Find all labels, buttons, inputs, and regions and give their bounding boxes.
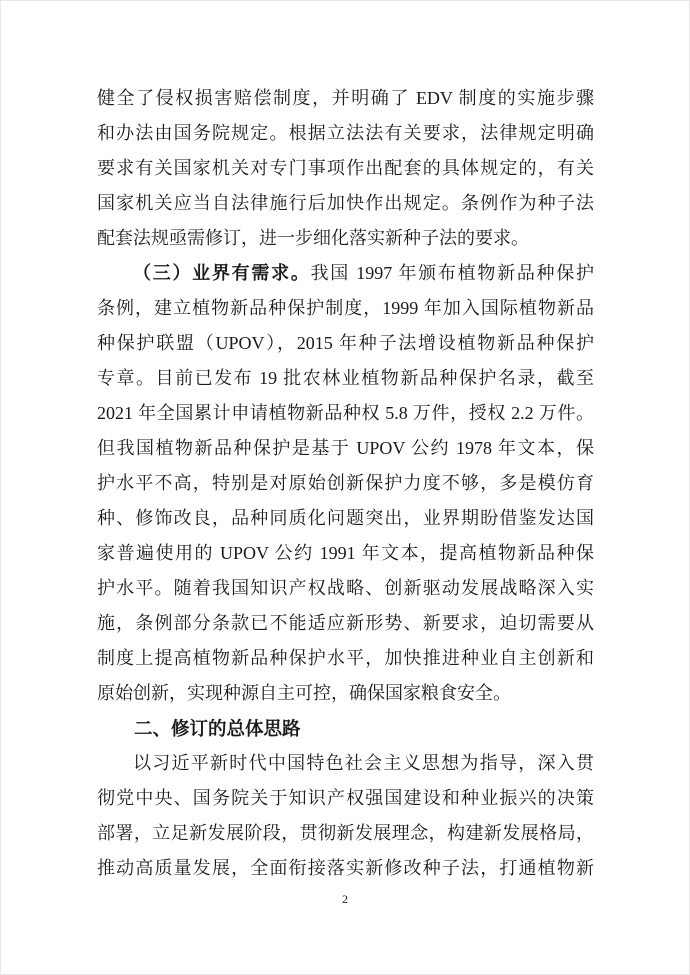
paragraph: 健全了侵权损害赔偿制度，并明确了 EDV 制度的实施步骤和办法由国务院规定。根据… xyxy=(97,81,594,256)
text-line: 要求有关国家机关对专门事项作出配套的具体规定的，有关 xyxy=(97,151,594,186)
section-heading: 二、修订的总体思路 xyxy=(97,711,594,746)
body-text: 国家机关应当自法律施行后加快作出规定。条例作为种子法 xyxy=(97,193,594,213)
text-line: 种、修饰改良，品种同质化问题突出，业界期盼借鉴发达国 xyxy=(97,501,594,536)
paragraph: 以习近平新时代中国特色社会主义思想为指导，深入贯彻党中央、国务院关于知识产权强国… xyxy=(97,746,594,886)
text-line: 部署，立足新发展阶段，贯彻新发展理念，构建新发展格局， xyxy=(97,816,594,851)
body-text: 制度上提高植物新品种保护水平，加快推进种业自主创新和 xyxy=(97,648,594,668)
text-line: 推动高质量发展，全面衔接落实新修改种子法，打通植物新 xyxy=(97,851,594,886)
body-text: 种保护联盟（UPOV），2015 年种子法增设植物新品种保护 xyxy=(97,333,594,353)
body-text: 配套法规亟需修订，进一步细化落实新种子法的要求。 xyxy=(97,228,529,248)
body-text: 要求有关国家机关对专门事项作出配套的具体规定的，有关 xyxy=(97,158,594,178)
document-page: 健全了侵权损害赔偿制度，并明确了 EDV 制度的实施步骤和办法由国务院规定。根据… xyxy=(0,0,690,975)
text-line: 护水平不高，特别是对原始创新保护力度不够，多是模仿育 xyxy=(97,466,594,501)
paragraph: （三）业界有需求。我国 1997 年颁布植物新品种保护条例，建立植物新品种保护制… xyxy=(97,256,594,711)
text-line: 制度上提高植物新品种保护水平，加快推进种业自主创新和 xyxy=(97,641,594,676)
body-text: 专章。目前已发布 19 批农林业植物新品种保护名录，截至 xyxy=(97,368,594,388)
page-number: 2 xyxy=(1,889,689,909)
emphasis-text: 二、修订的总体思路 xyxy=(134,718,301,739)
body-text: 护水平。随着我国知识产权战略、创新驱动发展战略深入实 xyxy=(97,578,594,598)
emphasis-text: （三）业界有需求。 xyxy=(133,263,311,283)
body-text: 我国 1997 年颁布植物新品种保护 xyxy=(311,263,594,283)
body-text: 种、修饰改良，品种同质化问题突出，业界期盼借鉴发达国 xyxy=(97,508,594,528)
text-line: 家普遍使用的 UPOV 公约 1991 年文本，提高植物新品种保 xyxy=(97,536,594,571)
body-text: 原始创新，实现种源自主可控，确保国家粮食安全。 xyxy=(97,683,511,703)
body-text: 以习近平新时代中国特色社会主义思想为指导，深入贯 xyxy=(133,753,594,773)
text-line: 施，条例部分条款已不能适应新形势、新要求，迫切需要从 xyxy=(97,606,594,641)
text-line: 健全了侵权损害赔偿制度，并明确了 EDV 制度的实施步骤 xyxy=(97,81,594,116)
text-line: 配套法规亟需修订，进一步细化落实新种子法的要求。 xyxy=(97,221,594,256)
body-text: 部署，立足新发展阶段，贯彻新发展理念，构建新发展格局， xyxy=(97,823,594,843)
body-text: 2021 年全国累计申请植物新品种权 5.8 万件，授权 2.2 万件。 xyxy=(97,403,594,423)
body-text: 推动高质量发展，全面衔接落实新修改种子法，打通植物新 xyxy=(97,858,594,878)
body-text: 护水平不高，特别是对原始创新保护力度不够，多是模仿育 xyxy=(97,473,594,493)
text-line: （三）业界有需求。我国 1997 年颁布植物新品种保护 xyxy=(97,256,594,291)
text-line: 护水平。随着我国知识产权战略、创新驱动发展战略深入实 xyxy=(97,571,594,606)
body-text: 条例，建立植物新品种保护制度，1999 年加入国际植物新品 xyxy=(97,298,594,318)
text-line: 原始创新，实现种源自主可控，确保国家粮食安全。 xyxy=(97,676,594,711)
text-line: 以习近平新时代中国特色社会主义思想为指导，深入贯 xyxy=(97,746,594,781)
text-line: 专章。目前已发布 19 批农林业植物新品种保护名录，截至 xyxy=(97,361,594,396)
text-line: 二、修订的总体思路 xyxy=(97,711,594,746)
text-line: 彻党中央、国务院关于知识产权强国建设和种业振兴的决策 xyxy=(97,781,594,816)
document-content: 健全了侵权损害赔偿制度，并明确了 EDV 制度的实施步骤和办法由国务院规定。根据… xyxy=(97,81,594,886)
body-text: 但我国植物新品种保护是基于 UPOV 公约 1978 年文本，保 xyxy=(97,438,594,458)
text-line: 种保护联盟（UPOV），2015 年种子法增设植物新品种保护 xyxy=(97,326,594,361)
body-text: 彻党中央、国务院关于知识产权强国建设和种业振兴的决策 xyxy=(97,788,594,808)
body-text: 和办法由国务院规定。根据立法法有关要求，法律规定明确 xyxy=(97,123,594,143)
body-text: 家普遍使用的 UPOV 公约 1991 年文本，提高植物新品种保 xyxy=(97,543,594,563)
text-line: 但我国植物新品种保护是基于 UPOV 公约 1978 年文本，保 xyxy=(97,431,594,466)
text-line: 2021 年全国累计申请植物新品种权 5.8 万件，授权 2.2 万件。 xyxy=(97,396,594,431)
body-text: 施，条例部分条款已不能适应新形势、新要求，迫切需要从 xyxy=(97,613,594,633)
text-line: 条例，建立植物新品种保护制度，1999 年加入国际植物新品 xyxy=(97,291,594,326)
body-text: 健全了侵权损害赔偿制度，并明确了 EDV 制度的实施步骤 xyxy=(97,88,594,108)
text-line: 和办法由国务院规定。根据立法法有关要求，法律规定明确 xyxy=(97,116,594,151)
text-line: 国家机关应当自法律施行后加快作出规定。条例作为种子法 xyxy=(97,186,594,221)
